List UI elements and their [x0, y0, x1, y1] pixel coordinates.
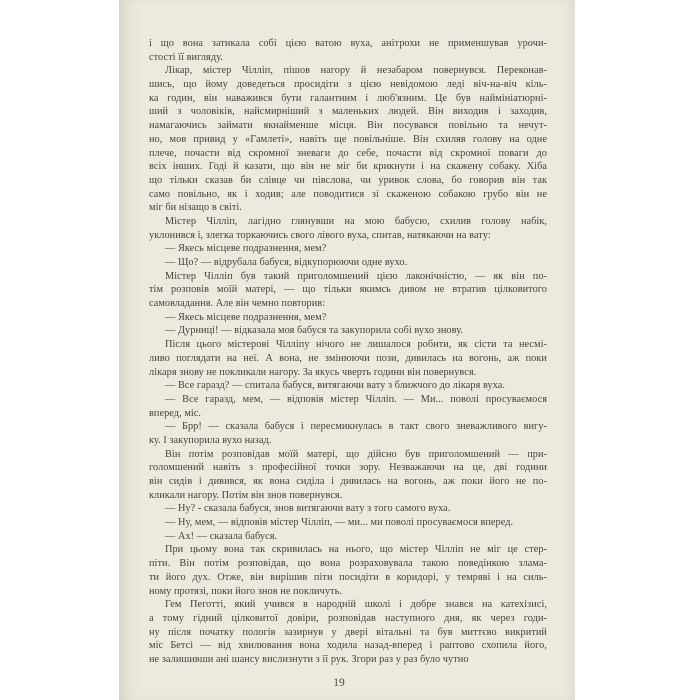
paragraph: — Все гаразд? — спитала бабуся, витягаюч…	[149, 379, 547, 393]
paragraph: Після цього містерові Чілліпу нічого не …	[149, 338, 547, 379]
text-line: і що вона затикала собі цією ватою вуха,…	[149, 37, 547, 51]
text-line: Він потім розповідав моїй матері, що дій…	[149, 448, 547, 462]
paragraph: При цьому вона так скривилась на нього, …	[149, 543, 547, 598]
text-line: всіх інших. Годі й казати, що він не міг…	[149, 160, 547, 174]
text-line: ку. І закупорила вухо назад.	[149, 434, 547, 448]
text-line: ший з чоловіків, найсмирніший з маленьки…	[149, 105, 547, 119]
text-line: плече, почасти від скромної зневаги до с…	[149, 147, 547, 161]
paragraph: — Дурниці! — відказала моя бабуся та зак…	[149, 324, 547, 338]
paragraph: і що вона затикала собі цією ватою вуха,…	[149, 37, 547, 64]
text-line: Гем Пеготті, який учився в народній школ…	[149, 598, 547, 612]
text-line: — Якесь місцеве подразнення, мем?	[149, 242, 547, 256]
paragraph: Містер Чілліп, лагідно глянувши на мою б…	[149, 215, 547, 242]
text-line: Містер Чілліп, лагідно глянувши на мою б…	[149, 215, 547, 229]
text-line: голомшений навіть з професійної точки зо…	[149, 461, 547, 475]
text-block: і що вона затикала собі цією ватою вуха,…	[149, 37, 547, 667]
text-line: — Ну, мем, — відповів містер Чілліп, — м…	[149, 516, 547, 530]
text-line: но, мов привид у «Гамлеті», навіть ще по…	[149, 133, 547, 147]
paragraph: — Ну, мем, — відповів містер Чілліп, — м…	[149, 516, 547, 530]
text-line: міс Бетсі — від хвилювання вона ходила н…	[149, 639, 547, 653]
text-line: — Якесь місцеве подразнення, мем?	[149, 311, 547, 325]
paragraph: — Якесь місцеве подразнення, мем?	[149, 311, 547, 325]
paragraph: Лікар, містер Чілліп, пішов нагору й нез…	[149, 64, 547, 215]
paragraph: Він потім розповідав моїй матері, що дій…	[149, 448, 547, 503]
text-line: Містер Чілліп був такий приголомшений ці…	[149, 270, 547, 284]
text-line: — Ах! — сказала бабуся.	[149, 530, 547, 544]
text-line: ну після початку пологів зазирнув у двер…	[149, 626, 547, 640]
paragraph: — Ах! — сказала бабуся.	[149, 530, 547, 544]
paragraph: — Що? — відрубала бабуся, відкупорюючи о…	[149, 256, 547, 270]
paragraph: Гем Пеготті, який учився в народній школ…	[149, 598, 547, 666]
text-line: ти його дух. Отже, він вирішив піти поси…	[149, 571, 547, 585]
paragraph: Містер Чілліп був такий приголомшений ці…	[149, 270, 547, 311]
text-line: вперед, міс.	[149, 407, 547, 421]
text-line: ливо поглядати на неї. А вона, не змінюю…	[149, 352, 547, 366]
text-line: тім розповів моїй матері, — що тільки як…	[149, 283, 547, 297]
text-line: він сидів і дивився, як вона сиділа і ди…	[149, 475, 547, 489]
text-line: ному протязі, поки його знов не покличут…	[149, 585, 547, 599]
paragraph: — Брр! — сказала бабуся і пересмикнулась…	[149, 420, 547, 447]
text-line: — Брр! — сказала бабуся і пересмикнулась…	[149, 420, 547, 434]
text-line: — Дурниці! — відказала моя бабуся та зак…	[149, 324, 547, 338]
text-line: — Все гаразд? — спитала бабуся, витягаюч…	[149, 379, 547, 393]
text-line: само повільно, як і ходив; але поводитис…	[149, 188, 547, 202]
text-line: кликали нагору. Потім він знов повернувс…	[149, 489, 547, 503]
text-line: піти. Він потім розповідав, що вона розр…	[149, 557, 547, 571]
page-number: 19	[119, 676, 559, 690]
text-line: а тому гідний цілковитої довіри, розпові…	[149, 612, 547, 626]
text-line: намагаючись займати якнайменше місця. Ві…	[149, 119, 547, 133]
text-line: шись, що йому доведеться просидіти з ціє…	[149, 78, 547, 92]
text-line: При цьому вона так скривилась на нього, …	[149, 543, 547, 557]
paragraph: — Ну? - сказала бабуся, знов витягаючи в…	[149, 502, 547, 516]
paragraph: — Якесь місцеве подразнення, мем?	[149, 242, 547, 256]
text-line: міг би нізащо в світі.	[149, 201, 547, 215]
book-paper: і що вона затикала собі цією ватою вуха,…	[119, 0, 575, 700]
paragraph: — Все гаразд, мем, — відповів містер Чіл…	[149, 393, 547, 420]
text-line: самовладання. Але він чемно повторив:	[149, 297, 547, 311]
text-line: лікаря знову не покликали нагору. За яку…	[149, 366, 547, 380]
text-line: не залишивши ані шансу вислизнути з її р…	[149, 653, 547, 667]
text-line: що тільки сказав би слівце чи півслова, …	[149, 174, 547, 188]
text-line: — Що? — відрубала бабуся, відкупорюючи о…	[149, 256, 547, 270]
text-line: стості її вигляду.	[149, 51, 547, 65]
text-line: ка годин, він наважився бути галантним і…	[149, 92, 547, 106]
text-line: уклонився і, злегка торкаючись свого лів…	[149, 229, 547, 243]
text-line: Лікар, містер Чілліп, пішов нагору й нез…	[149, 64, 547, 78]
book-page-scan: і що вона затикала собі цією ватою вуха,…	[0, 0, 700, 700]
text-line: — Ну? - сказала бабуся, знов витягаючи в…	[149, 502, 547, 516]
text-line: Після цього містерові Чілліпу нічого не …	[149, 338, 547, 352]
text-line: — Все гаразд, мем, — відповів містер Чіл…	[149, 393, 547, 407]
